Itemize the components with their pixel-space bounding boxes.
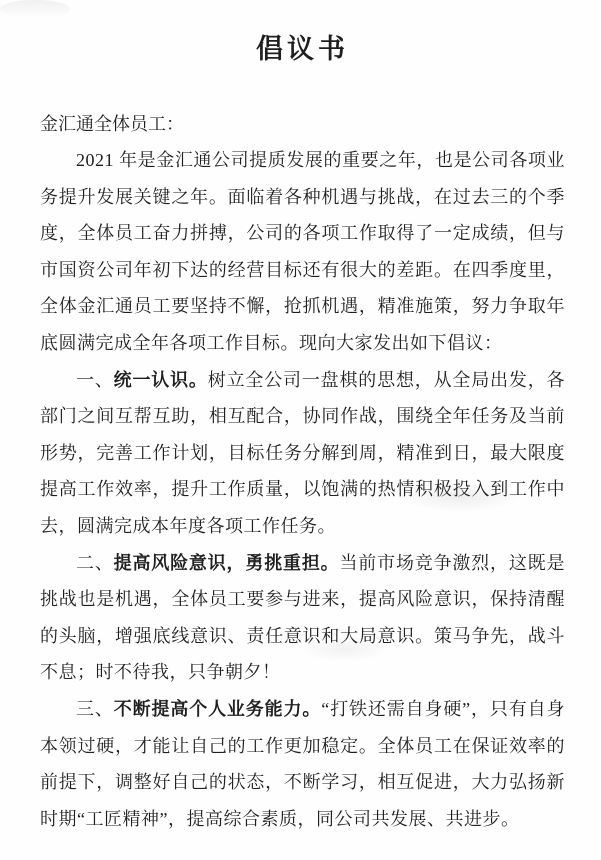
scan-smudge: [0, 0, 70, 18]
paragraph-point-3-number: 三、: [76, 699, 114, 719]
document-page: 倡议书 金汇通全体员工： 2021 年是金汇通公司提质发展的重要之年，也是公司各…: [0, 0, 601, 860]
paragraph-point-1-number: 一、: [76, 370, 114, 390]
paragraph-point-1-text: 树立全公司一盘棋的思想，从全局出发，各部门之间互帮互助，相互配合，协同作战，围绕…: [40, 370, 565, 536]
salutation: 金汇通全体员工：: [40, 106, 565, 142]
paragraph-point-2-heading: 提高风险意识，勇挑重担。: [114, 553, 340, 573]
paragraph-point-3-heading: 不断提高个人业务能力。: [114, 699, 322, 719]
paragraph-point-3: 三、不断提高个人业务能力。“打铁还需自身硬”，只有自身本领过硬，才能让自己的工作…: [40, 691, 565, 837]
paragraph-point-2-number: 二、: [76, 553, 114, 573]
paragraph-point-1-heading: 统一认识。: [114, 370, 208, 390]
paragraph-point-1: 一、统一认识。树立全公司一盘棋的思想，从全局出发，各部门之间互帮互助，相互配合，…: [40, 362, 565, 545]
paragraph-point-2: 二、提高风险意识，勇挑重担。当前市场竞争激烈，这既是挑战也是机遇，全体员工要参与…: [40, 545, 565, 691]
paragraph-intro: 2021 年是金汇通公司提质发展的重要之年，也是公司各项业务提升发展关键之年。面…: [40, 142, 565, 362]
paragraph-intro-text: 2021 年是金汇通公司提质发展的重要之年，也是公司各项业务提升发展关键之年。面…: [40, 150, 565, 353]
document-title: 倡议书: [40, 30, 565, 68]
